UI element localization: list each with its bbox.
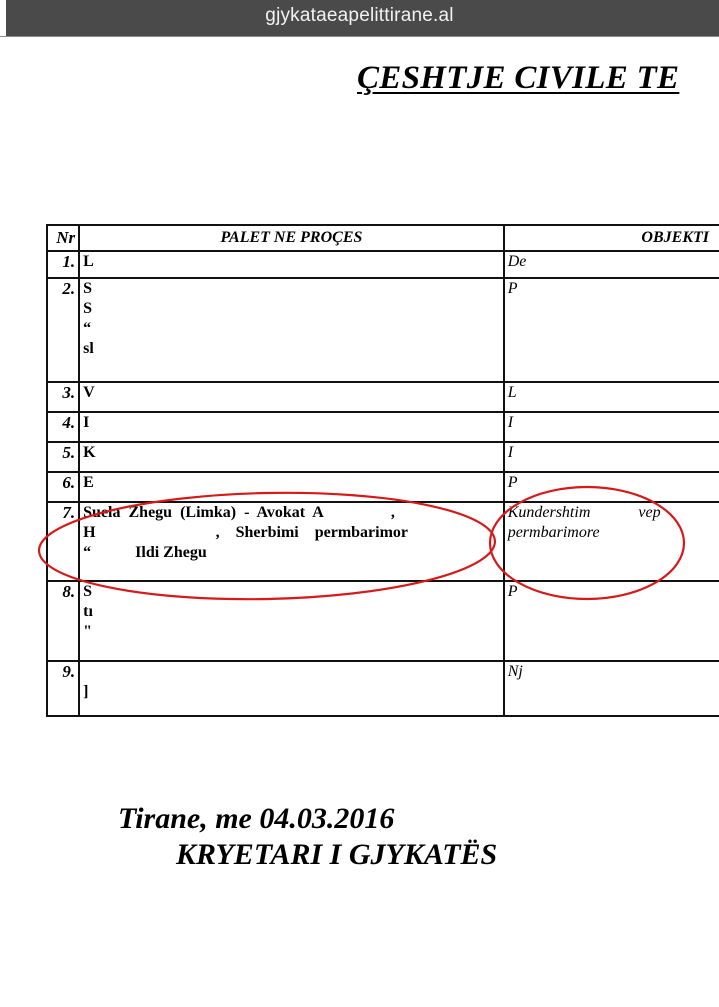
object-line: P [508,279,716,299]
url-text[interactable]: gjykataeapelittirane.al [0,5,719,27]
row-number: 2. [47,278,79,382]
parties-line: I [83,413,500,433]
signatory-title: KRYETARI I GJYKATËS [176,838,497,872]
row-parties: ] [79,661,504,716]
row-number: 1. [47,251,79,278]
header-parties: PALET NE PROÇES [79,225,504,251]
row-number: 3. [47,382,79,412]
row-object: De [504,251,719,278]
place-date: Tirane, me 04.03.2016 [118,802,394,836]
cases-table: Nr PALET NE PROÇES OBJEKTI 1.LDe2.SS“slP… [46,224,719,717]
row-parties: Suela Zhegu (Limka) - Avokat A ,H , Sher… [79,502,504,581]
row-number: 8. [47,581,79,661]
parties-line: “ [83,319,500,339]
table-row: 6.EP [47,472,719,502]
parties-line: ] [83,682,500,702]
row-parties: SS“sl [79,278,504,382]
row-parties: V [79,382,504,412]
table-row: 3.VL [47,382,719,412]
table-row: 2.SS“slP [47,278,719,382]
parties-line [83,662,500,682]
parties-line: sl [83,339,500,359]
object-line: P [508,582,716,602]
window-edge [0,0,6,36]
table-row: 7.Suela Zhegu (Limka) - Avokat A ,H , Sh… [47,502,719,581]
parties-line: V [83,383,500,403]
parties-line: S [83,582,500,602]
row-object: P [504,472,719,502]
browser-address-bar[interactable]: gjykataeapelittirane.al [0,0,719,37]
object-line: I [508,413,716,433]
table-row: 8.Stı"P [47,581,719,661]
table-row: 4.II [47,412,719,442]
table-row: 9.]Nj [47,661,719,716]
row-object: I [504,412,719,442]
row-parties: L [79,251,504,278]
table-header-row: Nr PALET NE PROÇES OBJEKTI [47,225,719,251]
row-parties: K [79,442,504,472]
object-line: De [508,252,716,272]
object-line: P [508,473,716,493]
object-line: permbarimore [508,523,716,543]
parties-line: “ Ildi Zhegu [83,543,500,563]
row-number: 6. [47,472,79,502]
parties-line: " [83,622,500,642]
object-line: I [508,443,716,463]
parties-line: Suela Zhegu (Limka) - Avokat A , [83,503,500,523]
row-number: 4. [47,412,79,442]
row-number: 5. [47,442,79,472]
row-parties: Stı" [79,581,504,661]
row-object: P [504,278,719,382]
parties-line: L [83,252,500,272]
document-title: ÇESHTJE CIVILE TE [357,60,679,97]
table-row: 5.KI [47,442,719,472]
parties-line: H , Sherbimi permbarimor [83,523,500,543]
parties-line: K [83,443,500,463]
table-row: 1.LDe [47,251,719,278]
row-parties: I [79,412,504,442]
object-line: Nj [508,662,716,682]
row-number: 9. [47,661,79,716]
parties-line: S [83,279,500,299]
row-object: Kundershtim veppermbarimore [504,502,719,581]
header-nr: Nr [47,225,79,251]
row-object: I [504,442,719,472]
parties-line: E [83,473,500,493]
parties-line: S [83,299,500,319]
row-object: Nj [504,661,719,716]
row-parties: E [79,472,504,502]
row-number: 7. [47,502,79,581]
object-line: Kundershtim vep [508,503,716,523]
parties-line: tı [83,602,500,622]
row-object: P [504,581,719,661]
object-line: L [508,383,716,403]
header-object: OBJEKTI [504,225,719,251]
row-object: L [504,382,719,412]
